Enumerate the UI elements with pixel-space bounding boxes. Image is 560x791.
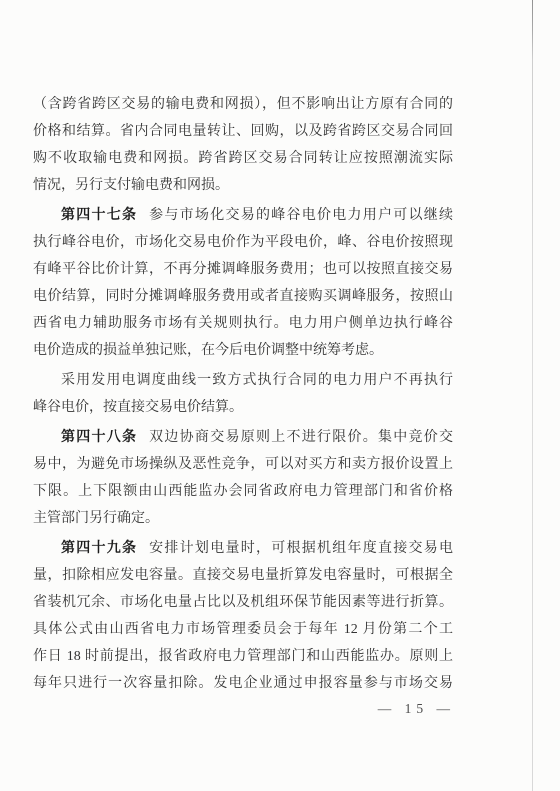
line-text: 电价结算，同时分摊调峰服务费用或者直接购买调峰服务，按照山 (33, 289, 453, 304)
text-line: 电价造成的损益单独记账，在今后电价调整中统筹考虑。 (33, 337, 453, 364)
line-text: 下限。上下限额由山西能监办会同省政府电力管理部门和省价格 (33, 484, 453, 499)
text-line: 省装机冗余、市场化电量占比以及机组环保节能因素等进行折算。 (33, 589, 453, 616)
line-text: 峰谷电价，按直接交易电价结算。 (33, 400, 243, 415)
line-text: 主管部门另行确定。 (33, 511, 159, 526)
line-text: 参与市场化交易的峰谷电价电力用户可以继续 (149, 208, 453, 223)
article-heading: 第四十八条 (61, 430, 137, 445)
text-line: 第四十七条参与市场化交易的峰谷电价电力用户可以继续 (33, 202, 453, 229)
text-line: 电价结算，同时分摊调峰服务费用或者直接购买调峰服务，按照山 (33, 283, 453, 310)
line-text: 作日 18 时前提出，报省政府电力管理部门和山西能监办。原则上 (33, 649, 453, 664)
line-text: 情况，另行支付输电费和网损。 (33, 178, 229, 193)
line-text: 易中，为避免市场操纵及恶性竞争，可以对买方和卖方报价设置上 (33, 457, 453, 472)
text-line: 采用发用电调度曲线一致方式执行合同的电力用户不再执行 (33, 367, 453, 394)
article-heading: 第四十九条 (61, 541, 137, 556)
line-text: 有峰平谷比价计算，不再分摊调峰服务费用；也可以按照直接交易 (33, 262, 453, 277)
line-text: 具体公式由山西省电力市场管理委员会于每年 12 月份第二个工 (33, 622, 453, 637)
line-text: 执行峰谷电价，市场化交易电价作为平段电价，峰、谷电价按照现 (33, 235, 453, 250)
line-text: 省装机冗余、市场化电量占比以及机组环保节能因素等进行折算。 (33, 595, 453, 610)
text-line: 易中，为避免市场操纵及恶性竞争，可以对买方和卖方报价设置上 (33, 451, 453, 478)
line-text: 西省电力辅助服务市场有关规则执行。电力用户侧单边执行峰谷 (33, 316, 453, 331)
article-heading: 第四十七条 (61, 208, 137, 223)
line-text: 安排计划电量时，可根据机组年度直接交易电 (149, 541, 453, 556)
text-line: 峰谷电价，按直接交易电价结算。 (33, 394, 453, 421)
line-text: 电价造成的损益单独记账，在今后电价调整中统筹考虑。 (33, 343, 383, 358)
text-line: 每年只进行一次容量扣除。发电企业通过申报容量参与市场交易 (33, 670, 453, 697)
text-line: 执行峰谷电价，市场化交易电价作为平段电价，峰、谷电价按照现 (33, 229, 453, 256)
page-number: — 15 — (378, 701, 455, 717)
text-line: 第四十八条双边协商交易原则上不进行限价。集中竞价交 (33, 424, 453, 451)
document-body: （含跨省跨区交易的输电费和网损），但不影响出让方原有合同的 价格和结算。省内合同… (33, 91, 453, 697)
scan-edge-line (532, 0, 533, 791)
line-text: 量，扣除相应发电容量。直接交易电量折算发电容量时，可根据全 (33, 568, 453, 583)
line-text: 购不收取输电费和网损。跨省跨区交易合同转让应按照潮流实际 (33, 151, 453, 166)
line-text: 双边协商交易原则上不进行限价。集中竞价交 (149, 430, 453, 445)
line-text: 采用发用电调度曲线一致方式执行合同的电力用户不再执行 (61, 373, 453, 388)
line-text: 每年只进行一次容量扣除。发电企业通过申报容量参与市场交易 (33, 676, 453, 691)
text-line: 具体公式由山西省电力市场管理委员会于每年 12 月份第二个工 (33, 616, 453, 643)
text-line: 下限。上下限额由山西能监办会同省政府电力管理部门和省价格 (33, 478, 453, 505)
text-line: 购不收取输电费和网损。跨省跨区交易合同转让应按照潮流实际 (33, 145, 453, 172)
line-text: （含跨省跨区交易的输电费和网损），但不影响出让方原有合同的 (33, 97, 453, 112)
text-line: 有峰平谷比价计算，不再分摊调峰服务费用；也可以按照直接交易 (33, 256, 453, 283)
line-text: 价格和结算。省内合同电量转让、回购，以及跨省跨区交易合同回 (33, 124, 453, 139)
text-line: 价格和结算。省内合同电量转让、回购，以及跨省跨区交易合同回 (33, 118, 453, 145)
text-line: 情况，另行支付输电费和网损。 (33, 172, 453, 199)
text-line: 第四十九条安排计划电量时，可根据机组年度直接交易电 (33, 535, 453, 562)
text-line: 主管部门另行确定。 (33, 505, 453, 532)
text-line: 西省电力辅助服务市场有关规则执行。电力用户侧单边执行峰谷 (33, 310, 453, 337)
text-line: 作日 18 时前提出，报省政府电力管理部门和山西能监办。原则上 (33, 643, 453, 670)
text-line: 量，扣除相应发电容量。直接交易电量折算发电容量时，可根据全 (33, 562, 453, 589)
text-line: （含跨省跨区交易的输电费和网损），但不影响出让方原有合同的 (33, 91, 453, 118)
